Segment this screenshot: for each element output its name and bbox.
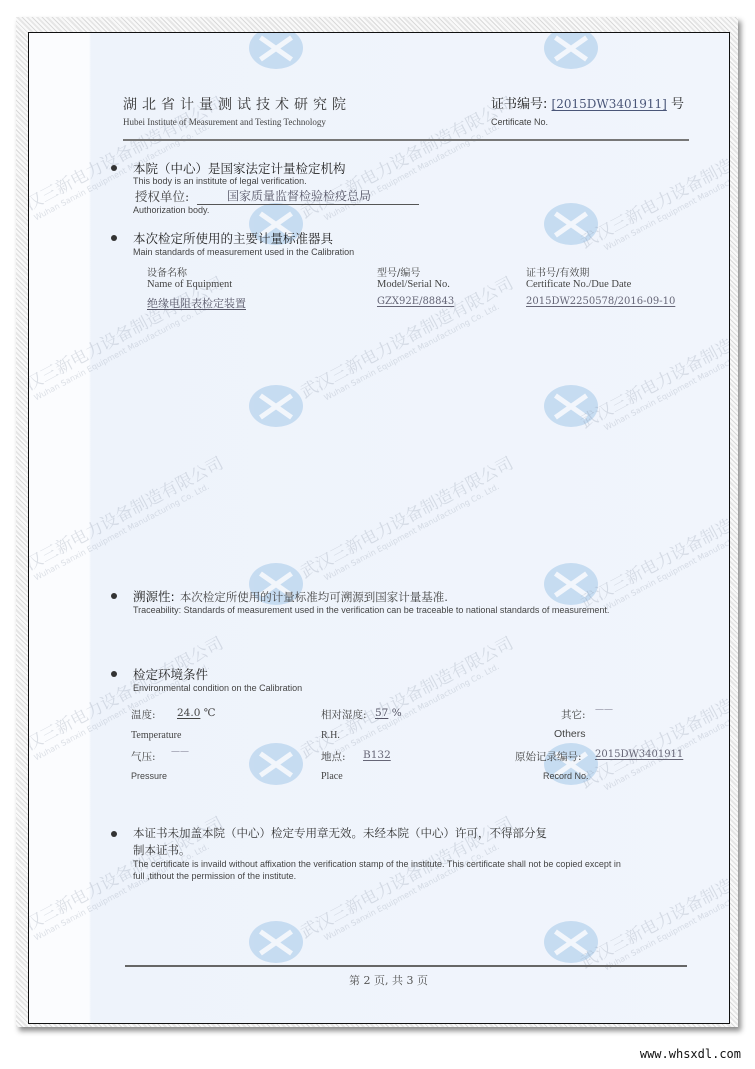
- col-header-cert-en: Certificate No./Due Date: [526, 279, 631, 290]
- authority-statement-en: This body is an institute of legal verif…: [133, 176, 307, 186]
- cert-no-label-en: Certificate No.: [491, 117, 548, 127]
- website-url: www.whsxdl.com: [640, 1047, 741, 1061]
- place-label: 地点:: [321, 749, 346, 764]
- company-logo-icon: [544, 385, 598, 427]
- rh-unit: %: [392, 707, 402, 719]
- header-divider: [123, 139, 689, 141]
- rh-field: 57 %: [375, 707, 402, 719]
- place-label-en: Place: [321, 771, 343, 782]
- bullet-icon: [111, 235, 117, 241]
- temperature-label-en: Temperature: [131, 730, 181, 741]
- institute-name-cn: 湖北省计量测试技术研究院: [123, 94, 351, 114]
- bullet-icon: [111, 671, 117, 677]
- place-value: B132: [363, 749, 391, 761]
- record-label-en: Record No.: [543, 771, 589, 781]
- record-value: 2015DW3401911: [595, 749, 683, 760]
- company-logo-icon: [544, 203, 598, 245]
- col-header-equipment-en: Name of Equipment: [147, 279, 232, 290]
- authority-statement-cn: 本院（中心）是国家法定计量检定机构: [133, 159, 346, 177]
- traceability-en: Traceability: Standards of measurement u…: [133, 605, 609, 615]
- col-header-model-cn: 型号/编号: [377, 264, 420, 279]
- traceability-label: 溯源性:: [133, 589, 175, 604]
- col-header-equipment-cn: 设备名称: [147, 264, 187, 279]
- rh-label: 相对湿度:: [321, 707, 367, 722]
- company-logo-icon: [249, 921, 303, 963]
- record-label: 原始记录编号:: [515, 749, 582, 764]
- equipment-cert: 2015DW2250578/2016-09-10: [526, 296, 675, 307]
- temperature-label: 温度:: [131, 707, 156, 722]
- temperature-field: 24.0 ℃: [177, 707, 215, 719]
- col-header-cert-cn: 证书号/有效期: [526, 264, 589, 279]
- standards-title-cn: 本次检定所使用的主要计量标准器具: [133, 229, 333, 247]
- watermark-text: 武汉三新电力设备制造有限公司Wuhan Sanxin Equipment Man…: [28, 269, 231, 411]
- watermark-text: 武汉三新电力设备制造有限公司Wuhan Sanxin Equipment Man…: [28, 629, 231, 771]
- others-label: 其它:: [561, 707, 586, 722]
- institute-name-en: Hubei Institute of Measurement and Testi…: [123, 117, 326, 127]
- footer-divider: [125, 965, 687, 967]
- col-header-model-en: Model/Serial No.: [377, 279, 450, 290]
- notice-cn-line2: 制本证书。: [133, 842, 191, 858]
- notice-cn-line1: 本证书未加盖本院（中心）检定专用章无效。未经本院（中心）许可，不得部分复: [133, 825, 547, 841]
- pressure-label: 气压:: [131, 749, 156, 764]
- bullet-icon: [111, 165, 117, 171]
- company-logo-icon: [249, 32, 303, 69]
- auth-body-label-en: Authorization body.: [133, 205, 209, 215]
- cert-no-suffix: 号: [671, 97, 684, 112]
- watermark-text: 武汉三新电力设备制造有限公司Wuhan Sanxin Equipment Man…: [575, 659, 730, 801]
- bullet-icon: [111, 831, 117, 837]
- notice-en-line2: full ,tithout the permission of the inst…: [133, 871, 296, 881]
- notice-en-line1: The certificate is invaild without affix…: [133, 859, 621, 869]
- certificate-number: 证书编号: [2015DW3401911] 号: [491, 93, 684, 112]
- temperature-value: 24.0: [177, 707, 200, 719]
- traceability-text: 本次检定所使用的计量标准均可溯源到国家计量基准.: [180, 590, 448, 604]
- auth-body-label: 授权单位:: [135, 187, 189, 205]
- watermark-text: 武汉三新电力设备制造有限公司Wuhan Sanxin Equipment Man…: [295, 449, 521, 591]
- watermark-text: 武汉三新电力设备制造有限公司Wuhan Sanxin Equipment Man…: [28, 449, 231, 591]
- cert-no-label: 证书编号:: [491, 97, 547, 112]
- bullet-icon: [111, 593, 117, 599]
- company-logo-icon: [544, 563, 598, 605]
- company-logo-icon: [249, 743, 303, 785]
- pressure-label-en: Pressure: [131, 771, 167, 781]
- watermark-text: 武汉三新电力设备制造有限公司Wuhan Sanxin Equipment Man…: [575, 299, 730, 441]
- standards-title-en: Main standards of measurement used in th…: [133, 247, 354, 257]
- temperature-unit: ℃: [204, 707, 216, 719]
- company-logo-icon: [544, 921, 598, 963]
- equipment-model: GZX92E/88843: [377, 296, 454, 307]
- company-logo-icon: [249, 385, 303, 427]
- auth-body-value: 国家质量监督检验检疫总局: [197, 187, 419, 205]
- environment-title-cn: 检定环境条件: [133, 665, 208, 683]
- page-indicator: 第 2 页, 共 3 页: [349, 972, 428, 988]
- certificate-page: 武汉三新电力设备制造有限公司Wuhan Sanxin Equipment Man…: [28, 32, 730, 1024]
- cert-no-value: [2015DW3401911]: [552, 97, 667, 111]
- environment-title-en: Environmental condition on the Calibrati…: [133, 683, 302, 693]
- company-logo-icon: [544, 32, 598, 69]
- equipment-name: 绝缘电阻表检定装置: [147, 295, 246, 311]
- traceability-cn: 溯源性: 本次检定所使用的计量标准均可溯源到国家计量基准.: [133, 586, 448, 605]
- watermark-text: 武汉三新电力设备制造有限公司Wuhan Sanxin Equipment Man…: [575, 479, 730, 621]
- others-label-en: Others: [554, 728, 586, 740]
- rh-value: 57: [375, 707, 388, 719]
- pressure-value: ——: [171, 747, 189, 757]
- others-value: ——: [595, 705, 613, 715]
- rh-label-en: R.H.: [321, 730, 340, 741]
- watermark-text: 武汉三新电力设备制造有限公司Wuhan Sanxin Equipment Man…: [295, 269, 521, 411]
